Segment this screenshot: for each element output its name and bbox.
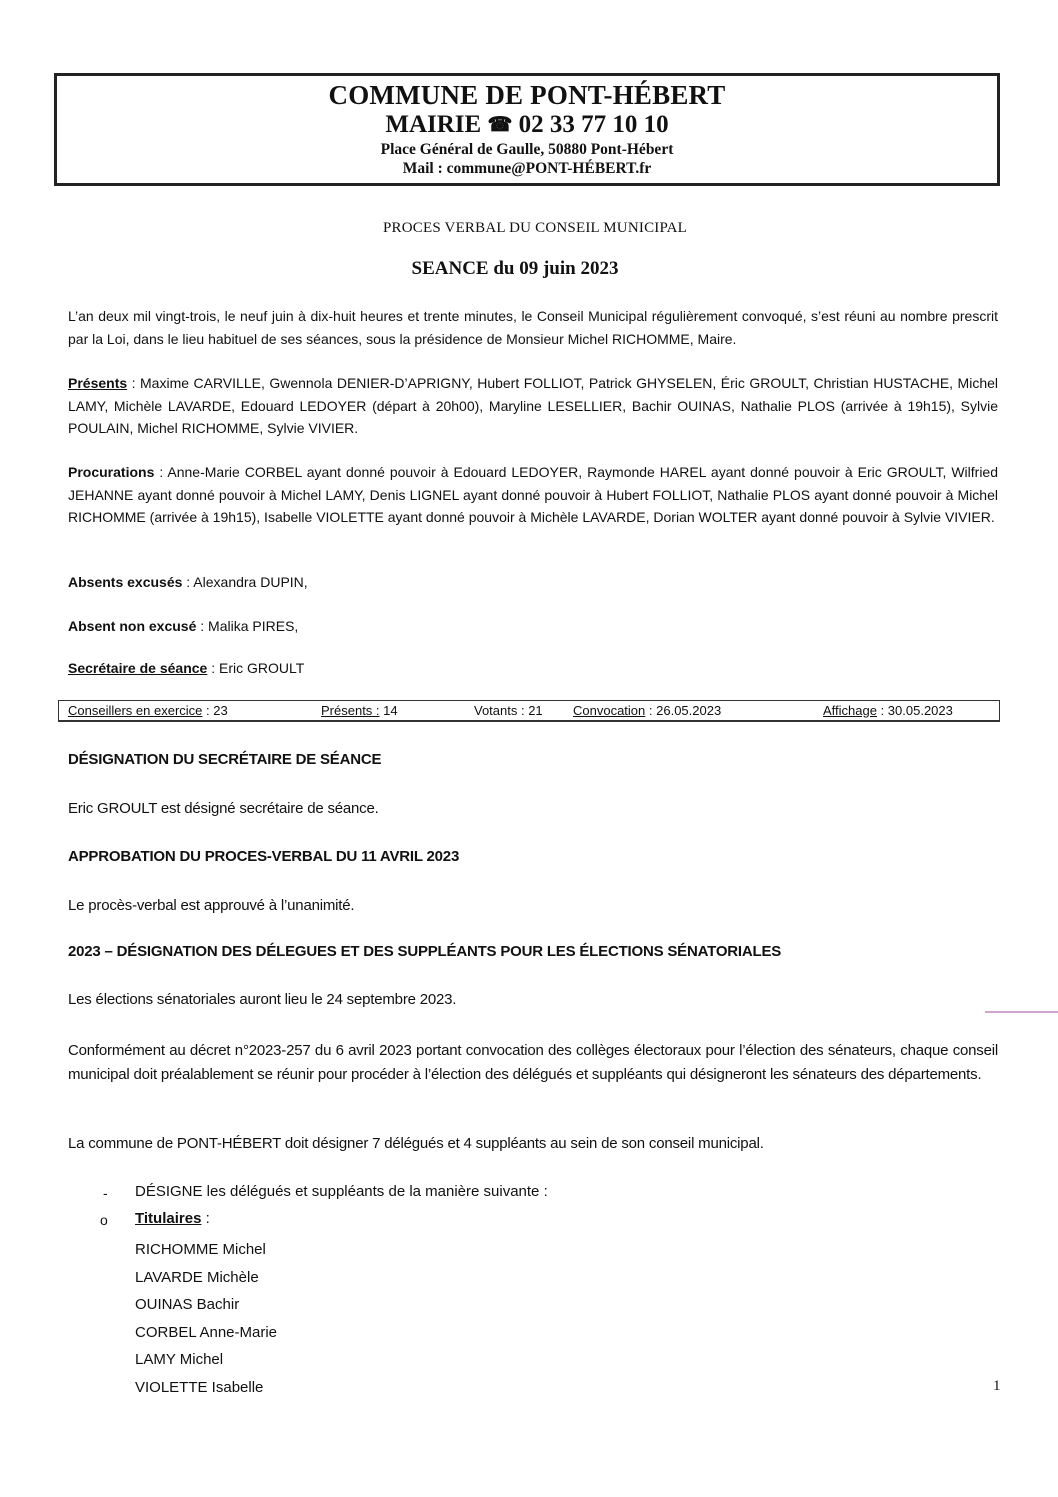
stat-conseillers: Conseillers en exercice : 23 [68,701,228,721]
section-body-approbation: Le procès-verbal est approuvé à l’unanim… [68,897,354,914]
letterhead-box: COMMUNE DE PONT-HÉBERT MAIRIE ☎ 02 33 77… [54,73,1000,186]
stat-convocation-label: Convocation [573,703,645,718]
secretaire-label: Secrétaire de séance [68,660,207,676]
procurations-label: Procurations [68,464,154,480]
presents-list: : Maxime CARVILLE, Gwennola DENIER-D’APR… [68,375,998,436]
section-body-secretaire: Eric GROULT est désigné secrétaire de sé… [68,800,379,817]
stat-presents: Présents : 14 [321,701,398,721]
intro-paragraph: L’an deux mil vingt-trois, le neuf juin … [68,305,998,350]
circle-bullet-icon: o [100,1212,108,1228]
list-item: OUINAS Bachir [135,1291,277,1319]
absent-non-excuse: Absent non excusé : Malika PIRES, [68,615,998,638]
designe-line: DÉSIGNE les délégués et suppléants de la… [135,1183,548,1200]
mairie-line: MAIRIE ☎ 02 33 77 10 10 [57,110,997,140]
stat-votants: Votants : 21 [474,701,543,721]
stat-conseillers-value: : 23 [202,703,227,718]
stat-affichage-value: : 30.05.2023 [877,703,953,718]
titulaires-label: Titulaires [135,1210,201,1227]
stat-affichage-label: Affichage [823,703,877,718]
list-item: RICHOMME Michel [135,1236,277,1264]
presents-label: Présents [68,375,127,391]
titulaires-heading: Titulaires : [135,1210,210,1227]
page-number: 1 [993,1378,1001,1395]
list-item: CORBEL Anne-Marie [135,1319,277,1347]
secretaire-value: : Eric GROULT [207,660,304,676]
list-item: VIOLETTE Isabelle [135,1374,277,1402]
list-item: LAVARDE Michèle [135,1264,277,1292]
stat-presents-value: 14 [380,703,398,718]
titulaires-colon: : [201,1210,209,1227]
senatoriales-quota: La commune de PONT-HÉBERT doit désigner … [68,1135,764,1152]
absents-excuses-value: : Alexandra DUPIN, [182,574,307,590]
stat-affichage: Affichage : 30.05.2023 [823,701,953,721]
dash-bullet: - [103,1185,108,1201]
absent-non-excuse-value: : Malika PIRES, [196,618,298,634]
section-heading-senatoriales: 2023 – DÉSIGNATION DES DÉLEGUES ET DES S… [68,943,781,960]
procurations-paragraph: Procurations : Anne-Marie CORBEL ayant d… [68,461,998,529]
stat-convocation-value: : 26.05.2023 [645,703,721,718]
absents-excuses-label: Absents excusés [68,574,182,590]
absent-non-excuse-label: Absent non excusé [68,618,196,634]
stat-presents-label: Présents : [321,703,380,718]
seance-date: SEANCE du 09 juin 2023 [0,258,1030,280]
phone-number: 02 33 77 10 10 [519,111,669,138]
document-title: PROCES VERBAL DU CONSEIL MUNICIPAL [0,220,1058,237]
stats-box: Conseillers en exercice : 23 Présents : … [58,700,1000,722]
section-heading-secretaire: DÉSIGNATION DU SECRÉTAIRE DE SÉANCE [68,751,381,768]
stat-conseillers-label: Conseillers en exercice [68,703,202,718]
list-item: LAMY Michel [135,1346,277,1374]
telephone-icon: ☎ [487,110,512,140]
presents-paragraph: Présents : Maxime CARVILLE, Gwennola DEN… [68,372,998,440]
section-heading-approbation: APPROBATION DU PROCES-VERBAL DU 11 AVRIL… [68,848,459,865]
absents-excuses: Absents excusés : Alexandra DUPIN, [68,571,998,594]
address: Place Général de Gaulle, 50880 Pont-Hébe… [57,140,997,160]
titulaires-list: RICHOMME Michel LAVARDE Michèle OUINAS B… [135,1236,277,1402]
senatoriales-decret: Conformément au décret n°2023-257 du 6 a… [68,1039,998,1087]
mail: Mail : commune@PONT-HÉBERT.fr [57,160,997,178]
margin-mark [985,1011,1058,1013]
mairie-label: MAIRIE [385,111,481,138]
secretaire-line: Secrétaire de séance : Eric GROULT [68,657,998,680]
stat-convocation: Convocation : 26.05.2023 [573,701,721,721]
procurations-list: : Anne-Marie CORBEL ayant donné pouvoir … [68,464,998,525]
commune-name: COMMUNE DE PONT-HÉBERT [57,80,997,110]
senatoriales-date: Les élections sénatoriales auront lieu l… [68,991,456,1008]
